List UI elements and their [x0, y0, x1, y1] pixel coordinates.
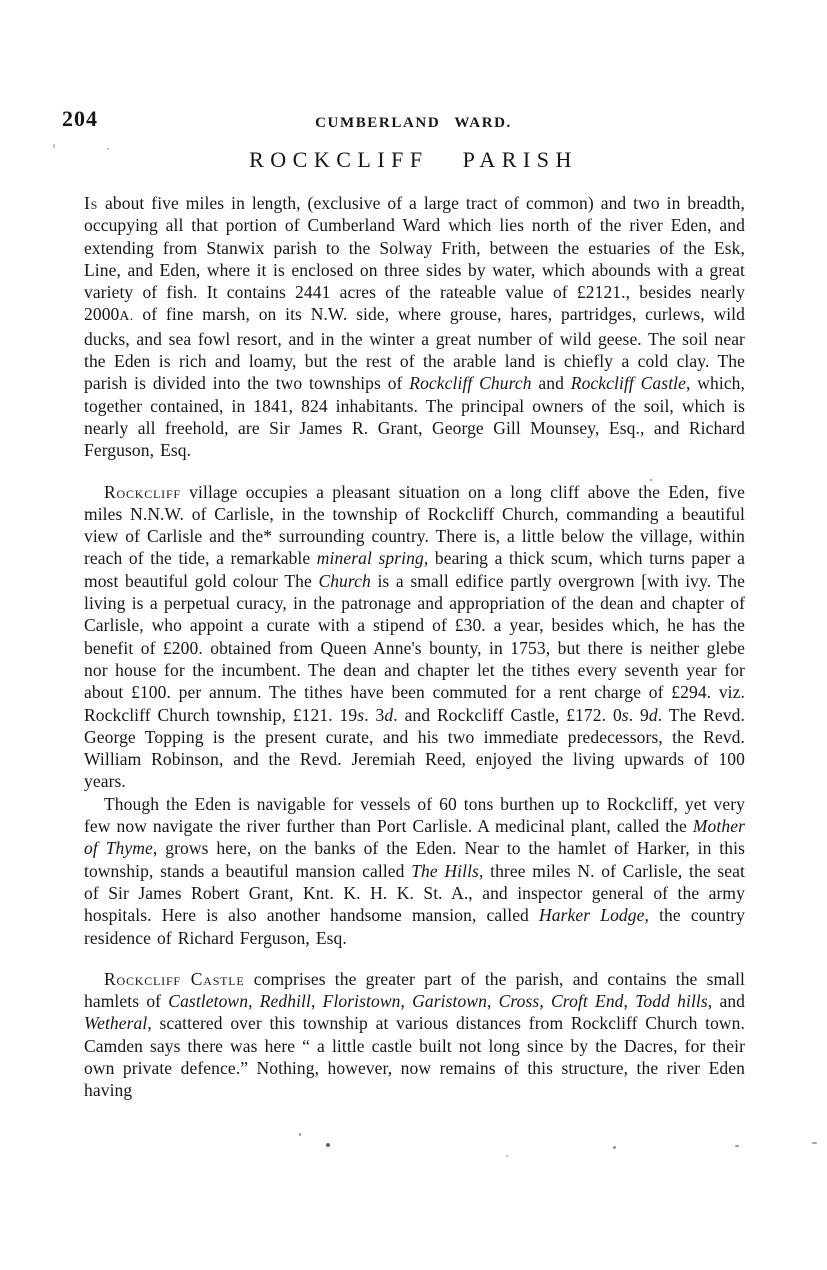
running-header: CUMBERLAND WARD.	[0, 115, 827, 132]
text-segment: , and	[708, 991, 745, 1011]
text-segment: Cross	[499, 991, 540, 1011]
text-segment: Floristown	[323, 991, 401, 1011]
text-segment: Rockcliff	[104, 482, 181, 502]
text-segment: mineral spring	[317, 548, 424, 568]
text-segment: and	[532, 373, 571, 393]
text-segment: . 9	[629, 705, 649, 725]
text-segment: d	[649, 705, 658, 725]
text-segment: d	[384, 705, 393, 725]
text-segment: Castletown	[168, 991, 248, 1011]
paragraph-rockcliff-village: Rockcliff village occupies a pleasant si…	[84, 481, 745, 793]
scan-speck	[299, 1133, 301, 1136]
scan-speck	[613, 1146, 616, 1149]
text-segment: A.	[119, 308, 133, 323]
text-segment: Though the Eden is navigable for vessels…	[84, 794, 745, 836]
text-segment: Rockcliff Castle	[104, 969, 245, 989]
book-page: 204 CUMBERLAND WARD. ROCKCLIFF PARISH Is…	[0, 0, 827, 1270]
text-segment: Garistown	[412, 991, 487, 1011]
text-segment: ,	[539, 991, 551, 1011]
text-segment: ,	[400, 991, 412, 1011]
text-segment: Rockcliff Castle	[571, 373, 686, 393]
text-segment: s	[622, 705, 629, 725]
scan-speck	[107, 148, 109, 150]
text-segment: Church	[318, 571, 370, 591]
scan-speck	[326, 1143, 330, 1147]
text-segment: ,	[624, 991, 636, 1011]
text-segment: Rockcliff Church	[409, 373, 531, 393]
paragraph-rockcliff-castle: Rockcliff Castle comprises the greater p…	[84, 968, 745, 1102]
paragraph-eden-navigation: Though the Eden is navigable for vessels…	[84, 793, 745, 949]
text-segment: Harker Lodge	[539, 905, 645, 925]
scan-speck	[53, 144, 55, 148]
text-segment: Redhill	[260, 991, 311, 1011]
scan-speck	[506, 1155, 508, 1157]
text-segment: ,	[487, 991, 499, 1011]
text-segment: . and Rockcliff Castle, £172. 0	[393, 705, 622, 725]
scan-speck	[735, 1145, 739, 1147]
text-segment: Todd hills	[635, 991, 708, 1011]
parish-heading: ROCKCLIFF PARISH	[0, 147, 827, 173]
text-segment: Wetheral	[84, 1013, 147, 1033]
scan-speck	[812, 1142, 817, 1144]
scan-speck	[650, 479, 652, 481]
text-segment: is a small edifice partly overgrown [wit…	[84, 571, 745, 725]
text-segment: Croft End	[551, 991, 623, 1011]
paragraph-parish-description: Is about five miles in length, (exclusiv…	[84, 192, 745, 462]
text-segment: , scattered over this township at variou…	[84, 1013, 745, 1100]
text-segment: The Hills	[411, 861, 479, 881]
text-segment: ,	[311, 991, 323, 1011]
text-segment: Is	[84, 193, 98, 213]
text-segment: ,	[248, 991, 260, 1011]
body-text: Is about five miles in length, (exclusiv…	[84, 192, 745, 1102]
text-segment: . 3	[364, 705, 384, 725]
